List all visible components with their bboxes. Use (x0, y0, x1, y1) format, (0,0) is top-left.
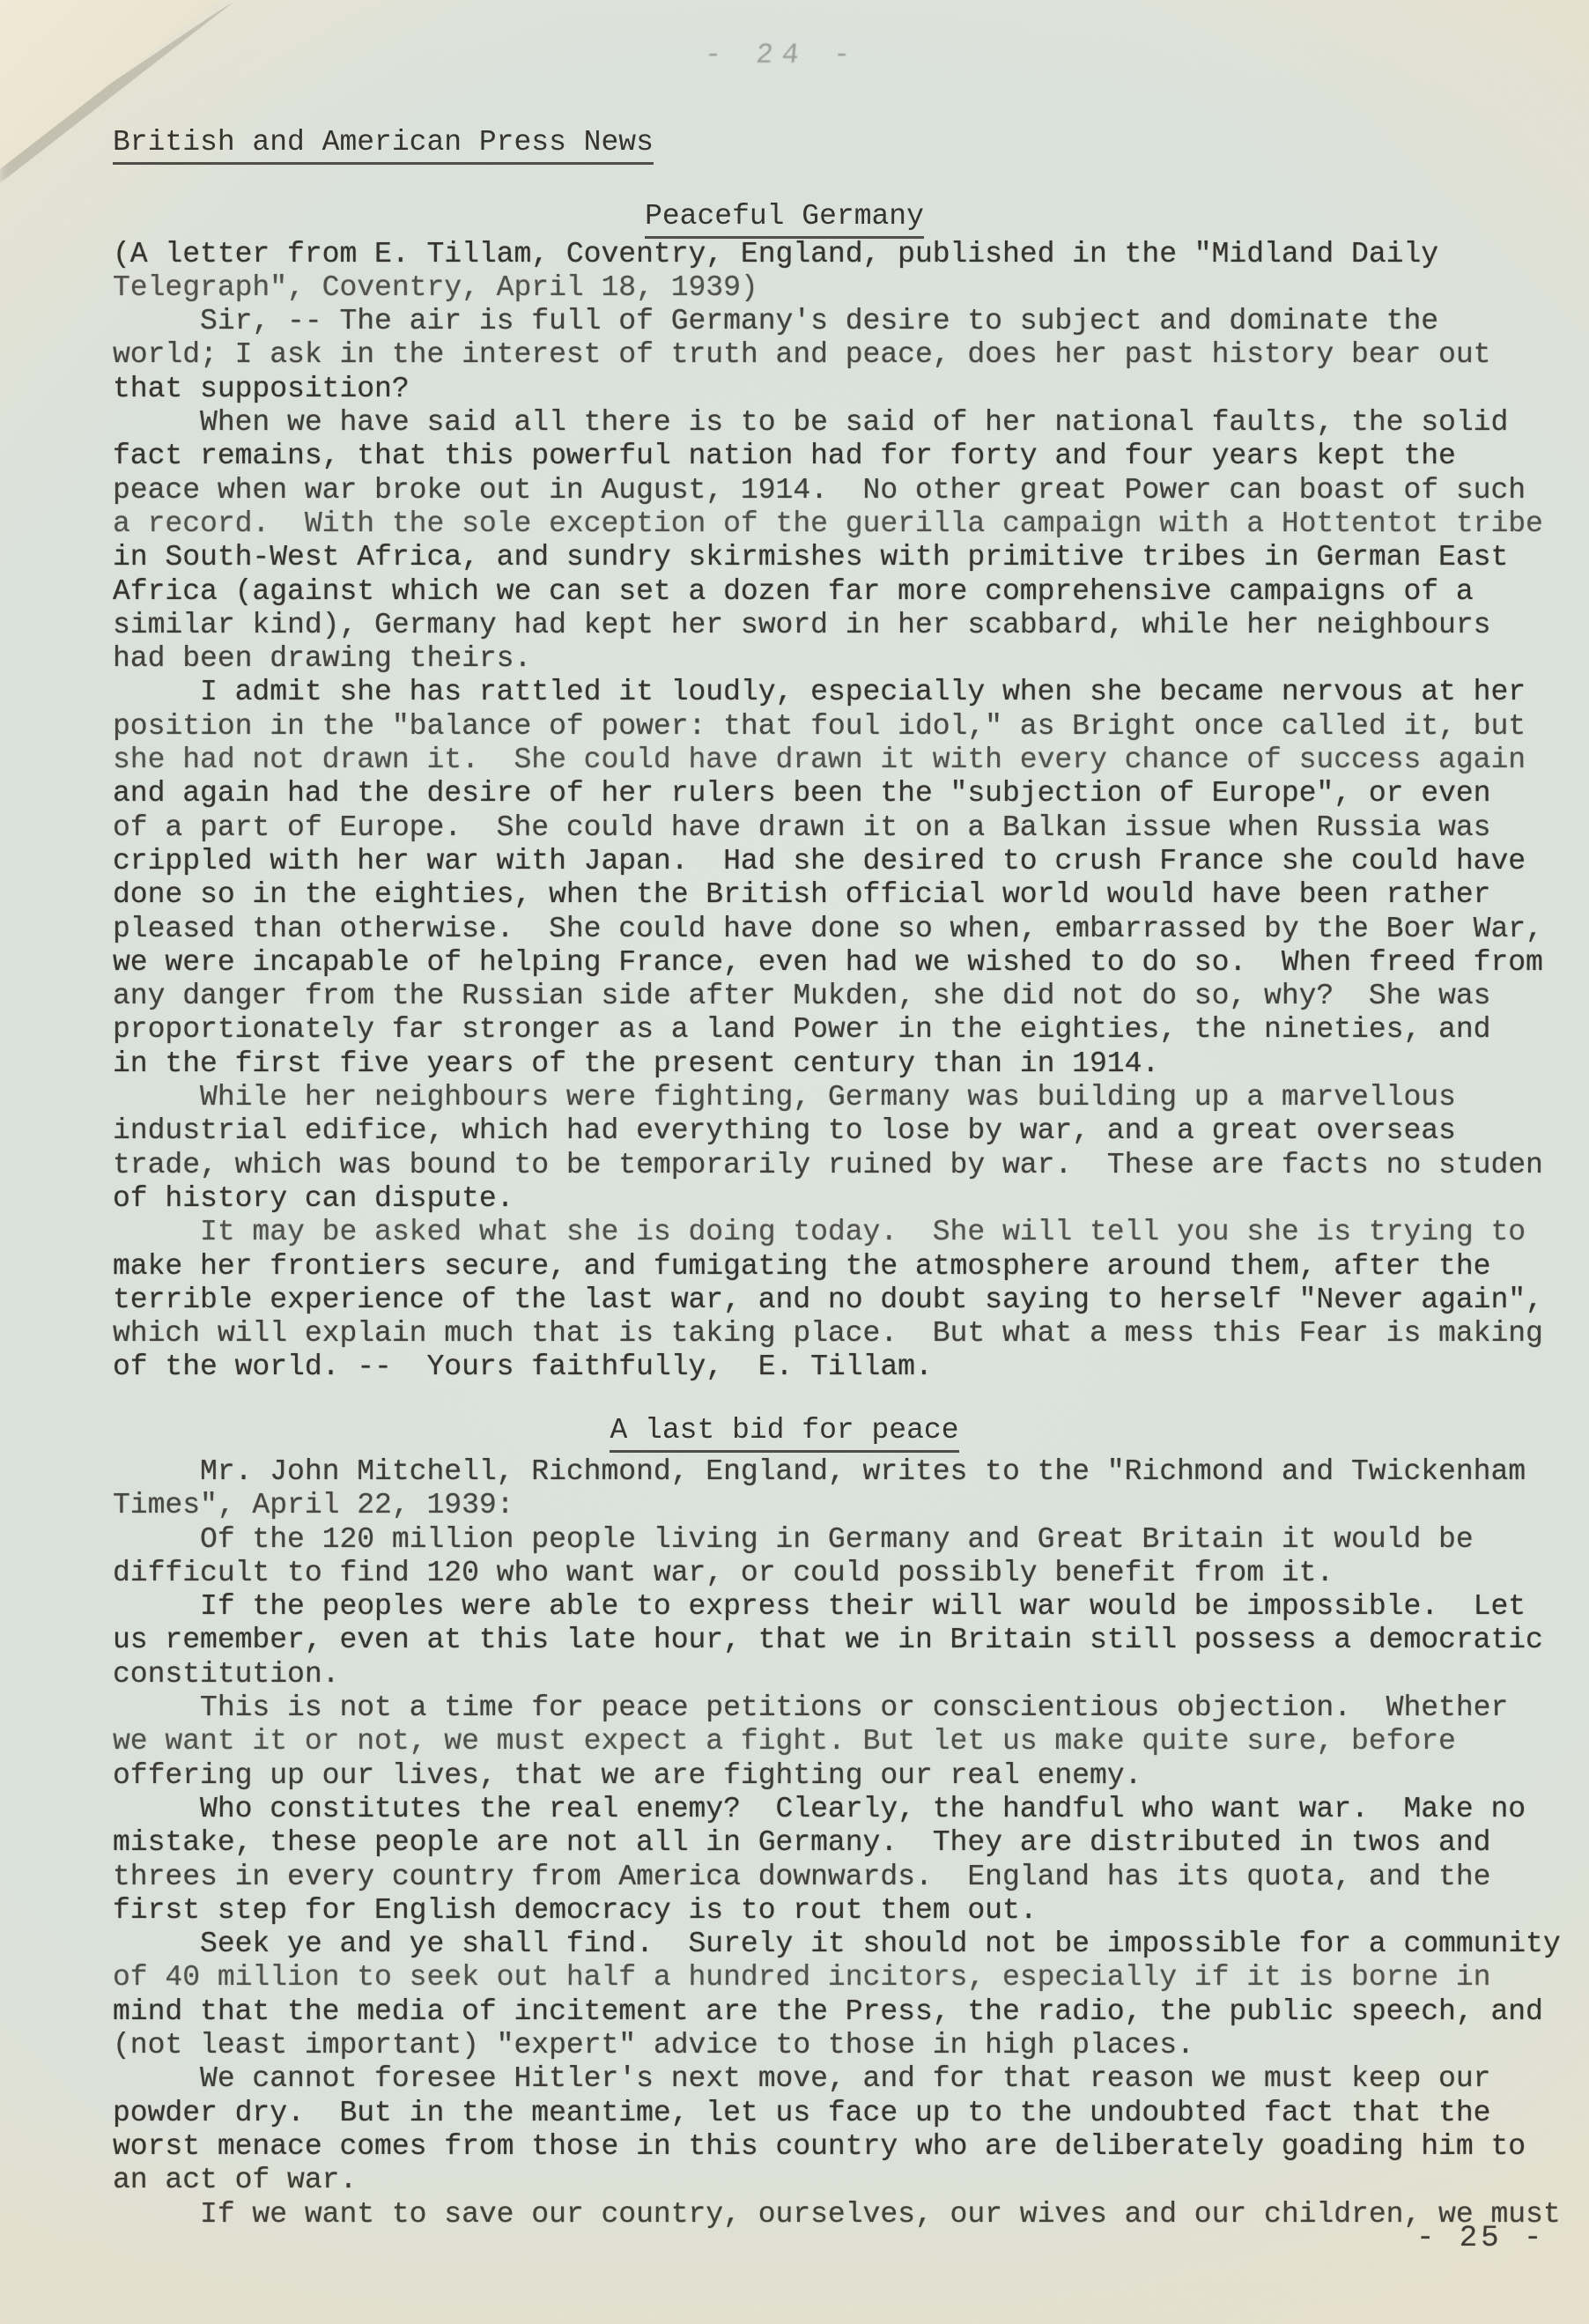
text-line: proportionately far stronger as a land P… (113, 1013, 1582, 1047)
section-title: British and American Press News (113, 126, 1582, 159)
text-line: mistake, these people are not all in Ger… (113, 1826, 1582, 1860)
text-line: we want it or not, we must expect a figh… (113, 1725, 1582, 1758)
text-line: Seek ye and ye shall find. Surely it sho… (113, 1928, 1582, 1961)
text-line: an act of war. (113, 2164, 1582, 2197)
text-line: us remember, even at this late hour, tha… (113, 1624, 1582, 1657)
text-line: While her neighbours were fighting, Germ… (113, 1081, 1582, 1114)
text-line: offering up our lives, that we are fight… (113, 1759, 1582, 1793)
text-line: peace when war broke out in August, 1914… (113, 474, 1582, 507)
document-page: - 24 - British and American Press News P… (0, 0, 1589, 2324)
text-line: make her frontiers secure, and fumigatin… (113, 1250, 1582, 1284)
text-line: It may be asked what she is doing today.… (113, 1216, 1582, 1249)
text-line: and again had the desire of her rulers b… (113, 777, 1582, 810)
page-content: British and American Press News Peaceful… (113, 126, 1582, 2231)
page-number-top: - 24 - (703, 39, 861, 71)
text-line: constitution. (113, 1658, 1582, 1691)
text-line: If the peoples were able to express thei… (113, 1590, 1582, 1624)
text-line: she had not drawn it. She could have dra… (113, 744, 1582, 777)
section-title-text: British and American Press News (113, 126, 654, 165)
text-line: any danger from the Russian side after M… (113, 980, 1582, 1013)
text-line: Sir, -- The air is full of Germany's des… (113, 305, 1582, 338)
text-line: difficult to find 120 who want war, or c… (113, 1557, 1582, 1590)
text-line: fact remains, that this powerful nation … (113, 440, 1582, 473)
text-line: a record. With the sole exception of the… (113, 507, 1582, 541)
text-line: in South-West Africa, and sundry skirmis… (113, 541, 1582, 574)
article-heading: Peaceful Germany (113, 200, 1456, 233)
text-line: similar kind), Germany had kept her swor… (113, 609, 1582, 642)
text-line: of a part of Europe. She could have draw… (113, 811, 1582, 845)
text-line: Telegraph", Coventry, April 18, 1939) (113, 271, 1582, 305)
text-line: trade, which was bound to be temporarily… (113, 1149, 1582, 1182)
text-line: industrial edifice, which had everything… (113, 1114, 1582, 1148)
page-number-bottom: - 25 - (1416, 2222, 1545, 2255)
text-line: we were incapable of helping France, eve… (113, 946, 1582, 980)
text-line: (A letter from E. Tillam, Coventry, Engl… (113, 238, 1582, 271)
text-line: I admit she has rattled it loudly, espec… (113, 676, 1582, 709)
text-line: crippled with her war with Japan. Had sh… (113, 845, 1582, 878)
text-line: first step for English democracy is to r… (113, 1894, 1582, 1928)
text-line: If we want to save our country, ourselve… (113, 2198, 1582, 2231)
text-line: in the first five years of the present c… (113, 1047, 1582, 1081)
text-line: pleased than otherwise. She could have d… (113, 913, 1582, 946)
articles-container: Peaceful Germany(A letter from E. Tillam… (113, 200, 1582, 2231)
text-line: Of the 120 million people living in Germ… (113, 1523, 1582, 1557)
text-line: Mr. John Mitchell, Richmond, England, wr… (113, 1455, 1582, 1489)
text-line: of the world. -- Yours faithfully, E. Ti… (113, 1351, 1582, 1384)
article-heading: A last bid for peace (113, 1414, 1456, 1447)
text-line: position in the "balance of power: that … (113, 710, 1582, 744)
text-line: Africa (against which we can set a dozen… (113, 575, 1582, 609)
text-line: When we have said all there is to be sai… (113, 406, 1582, 440)
text-line: This is not a time for peace petitions o… (113, 1691, 1582, 1725)
text-line: which will explain much that is taking p… (113, 1317, 1582, 1351)
text-line: worst menace comes from those in this co… (113, 2130, 1582, 2164)
text-line: Who constitutes the real enemy? Clearly,… (113, 1793, 1582, 1826)
text-line: terrible experience of the last war, and… (113, 1284, 1582, 1317)
article-heading-text: Peaceful Germany (645, 200, 924, 239)
text-line: done so in the eighties, when the Britis… (113, 878, 1582, 912)
text-line: powder dry. But in the meantime, let us … (113, 2097, 1582, 2130)
text-line: We cannot foresee Hitler's next move, an… (113, 2062, 1582, 2096)
article-heading-text: A last bid for peace (610, 1414, 958, 1453)
text-line: mind that the media of incitement are th… (113, 1995, 1582, 2029)
text-line: of 40 million to seek out half a hundred… (113, 1961, 1582, 1995)
text-line: that supposition? (113, 373, 1582, 406)
text-line: of history can dispute. (113, 1182, 1582, 1216)
text-line: (not least important) "expert" advice to… (113, 2029, 1582, 2062)
text-line: had been drawing theirs. (113, 642, 1582, 676)
text-line: threes in every country from America dow… (113, 1861, 1582, 1894)
text-line: Times", April 22, 1939: (113, 1489, 1582, 1522)
text-line: world; I ask in the interest of truth an… (113, 338, 1582, 372)
